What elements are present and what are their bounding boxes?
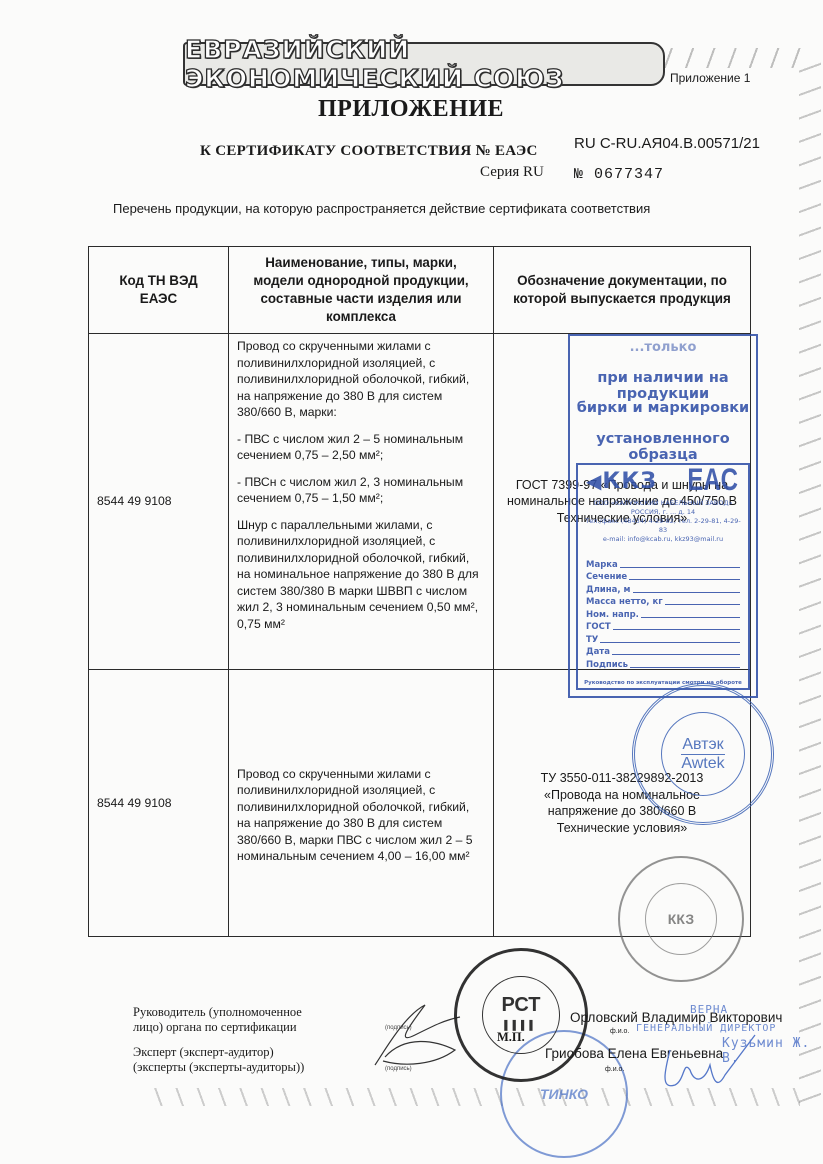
kkz-round-stamp: ККЗ xyxy=(618,856,744,982)
stamp-line-top: ...только xyxy=(570,340,756,355)
stamp-line: бирки и маркировки xyxy=(570,400,756,416)
page-title: ПРИЛОЖЕНИЕ xyxy=(318,96,504,123)
label-field: Подпись xyxy=(586,657,740,670)
kkz-label-stamp: ...только при наличии на продукции бирки… xyxy=(568,334,758,698)
signature-hint: (подпись) xyxy=(385,1066,412,1072)
header-code: Код ТН ВЭД ЕАЭС xyxy=(89,247,229,334)
stamp-label-box: ◀ККЗ EAC ООО «КАЛУЖСКИЙ КАБЕЛЬНЫЙ ЗАВОД»… xyxy=(576,463,750,690)
row-code: 8544 49 9108 xyxy=(89,334,229,670)
fio-hint: ф.и.о. xyxy=(605,1066,624,1073)
head-label: Руководитель (уполномоченное лицо) орган… xyxy=(133,1005,302,1035)
description-paragraph: Провод со скрученными жилами с поливинил… xyxy=(237,766,485,865)
series-number: № 0677347 xyxy=(574,166,664,183)
description-paragraph: - ПВСн с числом жил 2, 3 номинальным сеч… xyxy=(237,474,485,507)
tinko-logo-icon: ТИНКО xyxy=(540,1086,588,1102)
description-paragraph: Шнур с параллельными жилами, с поливинил… xyxy=(237,517,485,633)
label-field: Дата xyxy=(586,645,740,658)
row-code: 8544 49 9108 xyxy=(89,670,229,937)
series-label: Серия RU xyxy=(480,164,544,181)
intro-text: Перечень продукции, на которую распростр… xyxy=(113,201,650,216)
rst-round-stamp: РСТ ▌▌▌▌ xyxy=(454,948,588,1082)
fio-hint: ф.и.о. xyxy=(610,1028,629,1035)
description-paragraph: Провод со скрученными жилами с поливинил… xyxy=(237,338,485,421)
awtek-round-stamp: Автэк Awtek xyxy=(632,683,774,825)
header-documentation: Обозначение документации, по которой вып… xyxy=(494,247,751,334)
label-field: ТУ xyxy=(586,632,740,645)
table-header-row: Код ТН ВЭД ЕАЭС Наименование, типы, марк… xyxy=(89,247,751,334)
kkz-logo-icon: ◀ККЗ xyxy=(586,469,657,494)
eac-mark-icon: EAC xyxy=(687,463,738,499)
stamp-line: при наличии на продукции xyxy=(570,370,756,402)
mp-mark: М.П. xyxy=(497,1030,525,1045)
stamp-line: установленного образца xyxy=(570,431,756,463)
description-paragraph: - ПВС с числом жил 2 – 5 номинальным сеч… xyxy=(237,431,485,464)
row-description: Провод со скрученными жилами с поливинил… xyxy=(229,334,494,670)
appendix-number: Приложение 1 xyxy=(670,71,750,85)
row-description: Провод со скрученными жилами с поливинил… xyxy=(229,670,494,937)
kkz-round-logo-icon: ККЗ xyxy=(645,883,717,955)
header-name: Наименование, типы, марки, модели одноро… xyxy=(229,247,494,334)
label-fields: Марка Сечение Длина, м Масса нетто, кг Н… xyxy=(586,557,740,670)
awtek-logo-icon: Автэк Awtek xyxy=(661,712,745,796)
label-field: ГОСТ xyxy=(586,620,740,633)
expert-label: Эксперт (эксперт-аудитор) (эксперты (экс… xyxy=(133,1045,304,1075)
label-field: Длина, м xyxy=(586,582,740,595)
company-details: ООО «КАЛУЖСКИЙ КАБЕЛЬНЫЙ ЗАВОД» РОССИЯ, … xyxy=(582,499,744,544)
label-field: Марка xyxy=(586,557,740,570)
eaeu-banner: ЕВРАЗИЙСКИЙ ЭКОНОМИЧЕСКИЙ СОЮЗ xyxy=(183,42,665,86)
director-stamp-line: ВЕРНА xyxy=(690,1003,728,1016)
signature-hint: (подпись) xyxy=(385,1025,412,1031)
certificate-number: RU C-RU.АЯ04.В.00571/21 xyxy=(574,135,760,152)
director-signature-icon xyxy=(655,1030,765,1100)
label-field: Сечение xyxy=(586,570,740,583)
label-field: Ном. напр. xyxy=(586,607,740,620)
ornament-top xyxy=(640,48,810,68)
ornament-right-border xyxy=(799,60,821,1110)
label-field: Масса нетто, кг xyxy=(586,595,740,608)
page-subtitle: К СЕРТИФИКАТУ СООТВЕТСТВИЯ № ЕАЭС xyxy=(200,143,538,160)
